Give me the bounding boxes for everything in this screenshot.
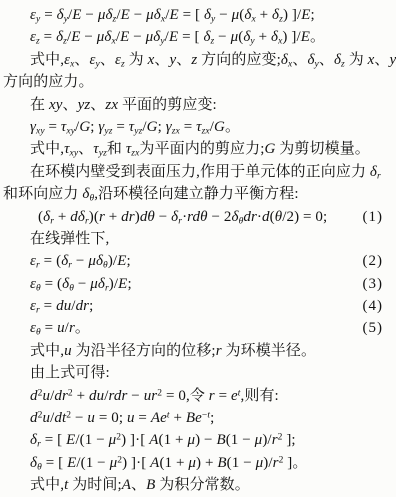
- equation-number: (2): [363, 250, 396, 272]
- line-text: δθ = [ E/(1 − μ2) ]·[ A(1 + μ) + B(1 − μ…: [30, 452, 308, 474]
- line-text: 式中,εx、εy、εz 为 x、y、z 方向的应变;δx、δy、δz 为 x、y…: [30, 49, 396, 71]
- line-text: 式中,τxy、τyz和 τzx为平面内的剪应力;G 为剪切模量。: [30, 138, 370, 160]
- text-line: δr = [ E/(1 − μ2) ]·[ A(1 + μ) − B(1 − μ…: [0, 429, 396, 451]
- line-text: δr = [ E/(1 − μ2) ]·[ A(1 + μ) − B(1 − μ…: [30, 429, 296, 451]
- line-text: (δr + dδr)(r + dr)dθ − δr·rdθ − 2δθdr·d(…: [38, 206, 327, 228]
- line-text: εθ = u/r。: [30, 317, 90, 339]
- line-text: 和环向应力 δθ,沿环模径向建立静力平衡方程:: [3, 183, 299, 205]
- line-text: γxy = τxy/G; γyz = τyz/G; γzx = τzx/G。: [30, 116, 240, 138]
- text-line: εz = δz/E − μδx/E − μδy/E = [ δz − μ(δy …: [0, 26, 396, 48]
- line-text: εz = δz/E − μδx/E − μδy/E = [ δz − μ(δy …: [30, 26, 325, 48]
- text-line: 在线弹性下,: [0, 228, 396, 250]
- content-lines: εy = δy/E − μδz/E − μδx/E = [ δy − μ(δx …: [0, 4, 396, 497]
- equation-number: (5): [363, 317, 396, 339]
- line-text: 在线弹性下,: [30, 228, 109, 250]
- line-text: 方向的应力。: [3, 71, 94, 93]
- line-text: 在 xy、yz、zx 平面的剪应变:: [30, 94, 217, 116]
- line-text: d2u/dr2 + du/rdr − ur2 = 0,令 r = et,则有:: [30, 385, 279, 407]
- text-line: εy = δy/E − μδz/E − μδx/E = [ δy − μ(δx …: [0, 4, 396, 26]
- text-line: γxy = τxy/G; γyz = τyz/G; γzx = τzx/G。: [0, 116, 396, 138]
- text-line: d2u/dr2 + du/rdr − ur2 = 0,令 r = et,则有:: [0, 385, 396, 407]
- line-text: εr = (δr − μδθ)/E;: [30, 250, 131, 272]
- text-line: 由上式可得:: [0, 362, 396, 384]
- text-line: 式中,εx、εy、εz 为 x、y、z 方向的应变;δx、δy、δz 为 x、y…: [0, 49, 396, 71]
- equation-number: (1): [363, 206, 396, 228]
- line-text: 式中,u 为沿半径方向的位移;r 为环模半径。: [30, 340, 316, 362]
- equation-number: (3): [363, 273, 396, 295]
- text-line: δθ = [ E/(1 − μ2) ]·[ A(1 + μ) + B(1 − μ…: [0, 452, 396, 474]
- text-line: 在环模内壁受到表面压力,作用于单元体的正向应力 δr: [0, 161, 396, 183]
- line-text: 在环模内壁受到表面压力,作用于单元体的正向应力 δr: [30, 161, 381, 183]
- text-line: d2u/dt2 − u = 0; u = Aet + Be−t;: [0, 407, 396, 429]
- line-text: εθ = (δθ − μδr)/E;: [30, 273, 132, 295]
- text-line: 式中,t 为时间;A、B 为积分常数。: [0, 474, 396, 496]
- document-page: εy = δy/E − μδz/E − μδx/E = [ δy − μ(δx …: [0, 0, 396, 497]
- equation-line: εr = (δr − μδθ)/E;(2): [0, 250, 396, 272]
- text-line: 在 xy、yz、zx 平面的剪应变:: [0, 94, 396, 116]
- line-text: εy = δy/E − μδz/E − μδx/E = [ δy − μ(δx …: [30, 4, 315, 26]
- equation-line: (δr + dδr)(r + dr)dθ − δr·rdθ − 2δθdr·d(…: [0, 206, 396, 228]
- text-line: 式中,τxy、τyz和 τzx为平面内的剪应力;G 为剪切模量。: [0, 138, 396, 160]
- equation-line: εθ = u/r。(5): [0, 317, 396, 339]
- text-line: 式中,u 为沿半径方向的位移;r 为环模半径。: [0, 340, 396, 362]
- line-text: εr = du/dr;: [30, 295, 93, 317]
- text-line: 方向的应力。: [0, 71, 396, 93]
- text-line: 和环向应力 δθ,沿环模径向建立静力平衡方程:: [0, 183, 396, 205]
- line-text: 由上式可得:: [30, 362, 110, 384]
- equation-line: εθ = (δθ − μδr)/E;(3): [0, 273, 396, 295]
- equation-line: εr = du/dr;(4): [0, 295, 396, 317]
- line-text: 式中,t 为时间;A、B 为积分常数。: [30, 474, 250, 496]
- equation-number: (4): [363, 295, 396, 317]
- line-text: d2u/dt2 − u = 0; u = Aet + Be−t;: [30, 407, 214, 429]
